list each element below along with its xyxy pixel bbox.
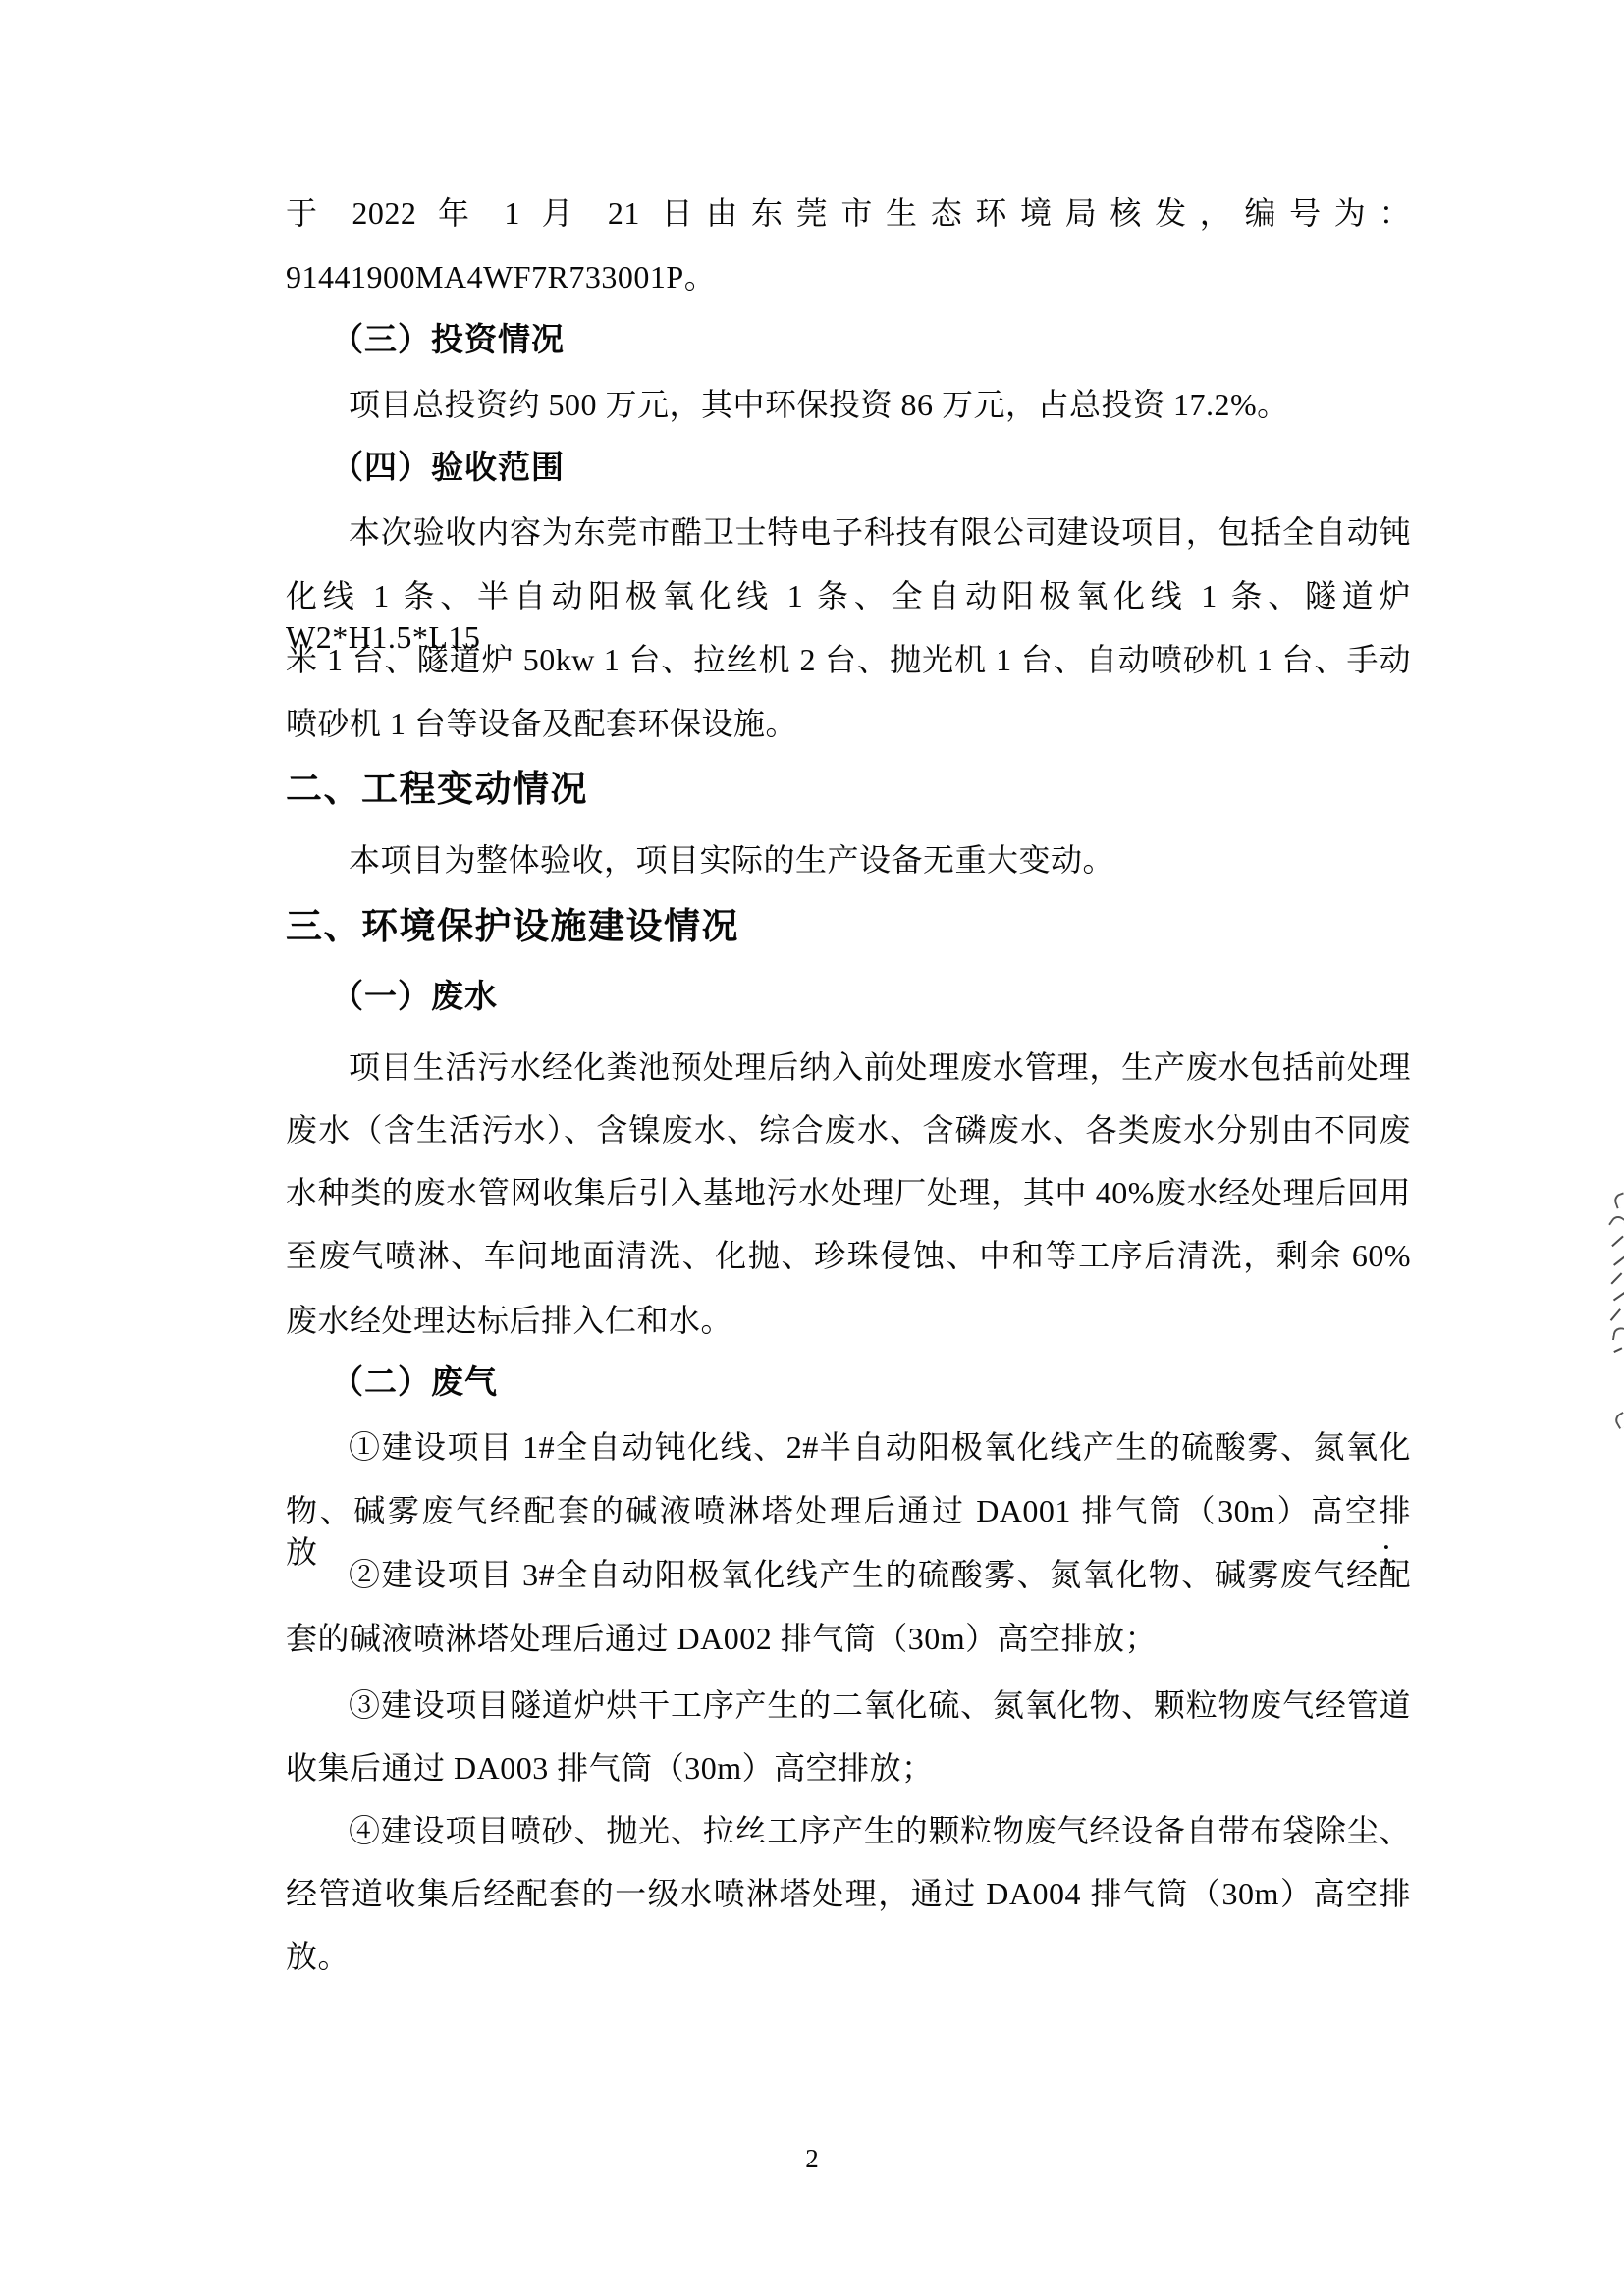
body-line: 项目生活污水经化粪池预处理后纳入前处理废水管理，生产废水包括前处理	[286, 1046, 1411, 1088]
body-line: 水种类的废水管网收集后引入基地污水处理厂处理，其中 40%废水经处理后回用	[286, 1172, 1411, 1213]
scribble-mark	[1612, 1412, 1624, 1429]
body-line: ④建设项目喷砂、抛光、拉丝工序产生的颗粒物废气经设备自带布袋除尘、	[286, 1810, 1411, 1851]
text-block: 于 2022 年 1 月 21 日由东莞市生态环境局核发，编号为： 914419…	[286, 0, 1411, 2296]
body-line: 经管道收集后经配套的一级水喷淋塔处理，通过 DA004 排气筒（30m）高空排	[286, 1873, 1411, 1914]
body-line: ②建设项目 3#全自动阳极氧化线产生的硫酸雾、氮氧化物、碱雾废气经配	[286, 1554, 1411, 1595]
body-line: 物、碱雾废气经配套的碱液喷淋塔处理后通过 DA001 排气筒（30m）高空排放；	[286, 1490, 1411, 1531]
scribble-mark	[1613, 1291, 1624, 1304]
body-line: 项目总投资约 500 万元，其中环保投资 86 万元，占总投资 17.2%。	[286, 384, 1411, 425]
body-line: 米 1 台、隧道炉 50kw 1 台、拉丝机 2 台、抛光机 1 台、自动喷砂机…	[286, 639, 1411, 680]
body-line: 套的碱液喷淋塔处理后通过 DA002 排气筒（30m）高空排放；	[286, 1618, 1411, 1659]
scribble-mark	[1612, 1326, 1624, 1342]
body-line: 91441900MA4WF7R733001P。	[286, 256, 1411, 297]
body-line: 于 2022 年 1 月 21 日由东莞市生态环境局核发，编号为：	[286, 192, 1411, 234]
body-line: 本次验收内容为东莞市酷卫士特电子科技有限公司建设项目，包括全自动钝	[286, 511, 1411, 553]
scribble-mark	[1612, 1192, 1624, 1208]
scribble-mark	[1613, 1255, 1624, 1268]
body-line: 化线 1 条、半自动阳极氧化线 1 条、全自动阳极氧化线 1 条、隧道炉 W2*…	[286, 575, 1411, 616]
body-line: 至废气喷淋、车间地面清洗、化抛、珍珠侵蚀、中和等工序后清洗，剩余 60%	[286, 1235, 1411, 1276]
scribble-mark	[1613, 1347, 1623, 1355]
body-line: 废水（含生活污水）、含镍废水、综合废水、含磷废水、各类废水分别由不同废	[286, 1109, 1411, 1150]
section-heading-waste-gas: （二）废气	[286, 1362, 1411, 1403]
body-line: ①建设项目 1#全自动钝化线、2#半自动阳极氧化线产生的硫酸雾、氮氧化	[286, 1426, 1411, 1468]
chapter-heading-env-protection-facilities: 三、环境保护设施建设情况	[286, 903, 1411, 950]
body-line: 本项目为整体验收，项目实际的生产设备无重大变动。	[286, 839, 1411, 881]
body-line: 放。	[286, 1936, 1411, 1977]
section-heading-acceptance-scope: （四）验收范围	[286, 447, 1411, 488]
page-number: 2	[0, 2144, 1624, 2174]
scribble-mark	[1610, 1272, 1624, 1286]
chapter-heading-project-changes: 二、工程变动情况	[286, 766, 1411, 813]
scribble-mark	[1610, 1308, 1623, 1323]
section-heading-investment: （三）投资情况	[286, 319, 1411, 360]
body-line: 收集后通过 DA003 排气筒（30m）高空排放；	[286, 1747, 1411, 1789]
body-line: 喷砂机 1 台等设备及配套环保设施。	[286, 703, 1411, 744]
body-line: ③建设项目隧道炉烘干工序产生的二氧化硫、氮氧化物、颗粒物废气经管道	[286, 1684, 1411, 1726]
section-heading-wastewater: （一）废水	[286, 976, 1411, 1017]
scanned-document-page: 于 2022 年 1 月 21 日由东莞市生态环境局核发，编号为： 914419…	[0, 0, 1624, 2296]
scribble-mark	[1611, 1236, 1624, 1250]
scribble-mark	[1608, 1213, 1624, 1231]
body-line: 废水经处理达标后排入仁和水。	[286, 1300, 1411, 1341]
